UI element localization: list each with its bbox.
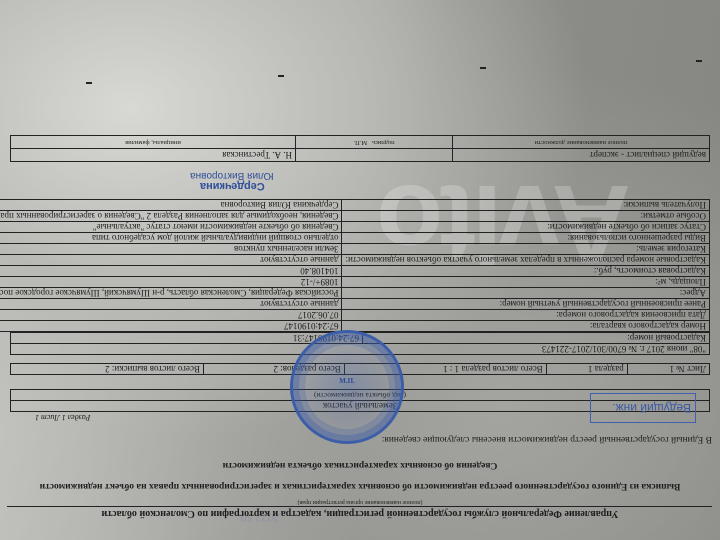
cadastral-number-value: 67:24:0190147:31 (11, 333, 363, 343)
row-value: отдельно стоящий индивидуальный жилой до… (0, 233, 342, 244)
row-label: Номер кадастрового квартала: (342, 321, 710, 332)
signer-position: ведущий специалист - эксперт (453, 149, 710, 162)
row-value: 67:24:0190147 (0, 321, 342, 332)
table-row: Дата присвоения кадастрового номера:07.0… (0, 310, 710, 321)
characteristics-table: Номер кадастрового квартала:67:24:019014… (0, 199, 710, 332)
agency-note: (полное наименование органа регистрации … (0, 499, 720, 505)
row-value: данные отсутствуют (0, 255, 342, 266)
row-label: Ранее присвоенный государственный учетны… (342, 299, 710, 310)
table-row: Адрес:Российская Федерация, Смоленская о… (0, 288, 710, 299)
section-number: раздела 1 (546, 364, 627, 375)
table-row: Ранее присвоенный государственный учетны… (0, 299, 710, 310)
row-value: 104108.40 (0, 266, 342, 277)
sheets-total: Всего листов выписки: 2 (11, 364, 204, 375)
document-subtitle: Сведения об основных характеристиках объ… (0, 460, 720, 470)
row-value: Сердечкина Юлия Викторовна (0, 200, 342, 211)
cadastral-number-label: Кадастровый номер: (363, 333, 710, 343)
row-label: Категория земель: (342, 244, 710, 255)
table-row: Статус записи об объекте недвижимости:Св… (0, 222, 710, 233)
divider (7, 506, 712, 507)
sheet-number: Лист № 1 (627, 364, 709, 375)
punch-mark (696, 60, 702, 62)
document-page: 2022 50 Управление Федеральной службы го… (0, 0, 720, 540)
handwritten-signature: Сердечкина (200, 180, 265, 192)
handwritten-signature-2: Юлия Викторовна (190, 170, 274, 181)
position-stamp: Ведущий инж. (590, 393, 696, 423)
row-value: данные отсутствуют (0, 299, 342, 310)
table-row: Категория земель:Земли населенных пункто… (0, 244, 710, 255)
name-note: инициалы, фамилия (11, 136, 296, 149)
row-label: Получатель выписки: (342, 200, 710, 211)
document-rotated: 2022 50 Управление Федеральной службы го… (0, 0, 720, 540)
intro-text: В Единый государственный реестр недвижим… (382, 434, 712, 444)
row-label: Кадастровые номера расположенных в преде… (342, 255, 710, 266)
punch-mark (278, 75, 284, 77)
row-value: Сведения, необходимые для заполнения Раз… (0, 211, 342, 222)
row-label: Дата присвоения кадастрового номера: (342, 310, 710, 321)
table-row: Получатель выписки:Сердечкина Юлия Викто… (0, 200, 710, 211)
table-row: Кадастровая стоимость, руб.:104108.40 (0, 266, 710, 277)
signature-table: ведущий специалист - эксперт Н. А. Трест… (10, 135, 710, 162)
table-row: Кадастровые номера расположенных в преде… (0, 255, 710, 266)
row-label: Статус записи об объекте недвижимости: (342, 222, 710, 233)
punch-mark (86, 82, 92, 84)
document-title: Выписка из Единого государственного реес… (0, 481, 720, 491)
row-value: Российская Федерация, Смоленская область… (0, 288, 342, 299)
punch-mark (480, 67, 486, 69)
agency-name: Управление Федеральной службы государств… (0, 508, 720, 519)
table-row: Особые отметки:Сведения, необходимые для… (0, 211, 710, 222)
row-value: 07.06.2017 (0, 310, 342, 321)
row-label: Кадастровая стоимость, руб.: (342, 266, 710, 277)
row-label: Виды разрешенного использования: (342, 233, 710, 244)
sign-note: подпись М.П. (296, 136, 453, 149)
table-row: Площадь, м²:1089+/-12 (0, 277, 710, 288)
signature-cell (296, 149, 453, 162)
official-stamp: М.П. (290, 330, 404, 444)
row-value: Земли населенных пунктов (0, 244, 342, 255)
row-label: Особые отметки: (342, 211, 710, 222)
position-note: полное наименование должности (453, 136, 710, 149)
row-value: Сведения об объекте недвижимости имеют с… (0, 222, 342, 233)
table-row: Виды разрешенного использования:отдельно… (0, 233, 710, 244)
row-label: Адрес: (342, 288, 710, 299)
section-label: Раздел 1 Лист 1 (35, 413, 90, 422)
row-value: 1089+/-12 (0, 277, 342, 288)
signer-name: Н. А. Трестинская (11, 149, 296, 162)
row-label: Площадь, м²: (342, 277, 710, 288)
